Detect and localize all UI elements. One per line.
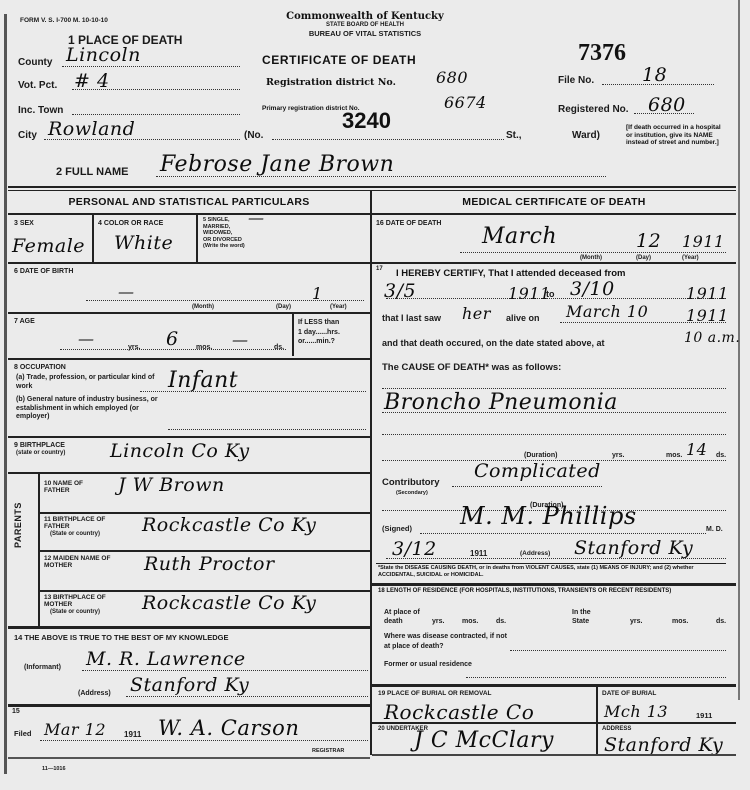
last-saw-date: March 10 xyxy=(566,302,648,321)
registered-no-value: 680 xyxy=(648,94,686,116)
contributory-sub: (Secondary) xyxy=(396,490,428,497)
alive-on-label: alive on xyxy=(506,313,540,323)
father-name-label: 10 NAME OF FATHER xyxy=(44,480,104,494)
death-day: 12 xyxy=(636,230,661,252)
burial-place-label: 19 PLACE OF BURIAL OR REMOVAL xyxy=(378,690,492,697)
vot-pct-value: # 4 xyxy=(74,70,110,92)
burial-year: 1911 xyxy=(696,712,712,719)
signed-year: 1911 xyxy=(470,550,487,557)
undertaker-address-label: ADDRESS xyxy=(602,726,631,733)
day-caption: (Day) xyxy=(276,304,291,311)
right-border xyxy=(738,0,740,700)
in-state-mos: mos. xyxy=(672,618,688,625)
ds-label: ds. xyxy=(274,344,284,351)
former-residence-label: Former or usual residence xyxy=(384,660,474,670)
column-divider xyxy=(370,190,372,755)
death-time: 10 a.m. xyxy=(684,330,740,346)
duration-label: (Duration) xyxy=(524,452,557,459)
to-label: to xyxy=(546,289,555,299)
age-label: 7 AGE xyxy=(14,318,35,325)
at-place-label: At place of death xyxy=(384,608,424,626)
bureau-title: BUREAU OF VITAL STATISTICS xyxy=(280,29,450,38)
residence-label: 18 LENGTH OF RESIDENCE (FOR HOSPITALS, I… xyxy=(378,588,728,595)
color-label: 4 COLOR OR RACE xyxy=(98,220,163,227)
filed-label: Filed xyxy=(14,730,32,737)
ward-label: Ward) xyxy=(572,130,600,141)
form-footer-code: 11—1016 xyxy=(42,766,66,773)
mother-name-label: 12 MAIDEN NAME OF MOTHER xyxy=(44,555,134,569)
father-birthplace-value: Rockcastle Co Ky xyxy=(142,514,316,536)
month-caption: (Month) xyxy=(192,304,214,311)
undertaker-address-value: Stanford Ky xyxy=(604,734,723,756)
registered-no-label: Registered No. xyxy=(558,104,629,115)
attended-to: 3/10 xyxy=(570,278,615,300)
signed-date: 3/12 xyxy=(392,538,437,560)
header-block: Commonwealth of Kentucky STATE BOARD OF … xyxy=(280,11,450,38)
where-contracted-label: Where was disease contracted, if not at … xyxy=(384,632,514,652)
primary-district-stamp: 3240 xyxy=(342,108,391,134)
mother-birthplace-sub: (State or country) xyxy=(50,609,100,616)
commonwealth-title: Commonwealth of Kentucky xyxy=(280,11,450,22)
in-state-ds: ds. xyxy=(716,618,726,625)
burial-place-value: Rockcastle Co xyxy=(384,700,534,724)
medical-section-title: MEDICAL CERTIFICATE OF DEATH xyxy=(372,196,736,208)
county-label: County xyxy=(18,57,52,68)
file-no-label: File No. xyxy=(558,75,594,86)
marital-label: 5 SINGLE, MARRIED, WIDOWED, OR DIVORCED … xyxy=(203,217,245,250)
birthplace-value: Lincoln Co Ky xyxy=(110,440,250,462)
occupation-b-label: (b) General nature of industry business,… xyxy=(16,396,170,422)
death-day-caption: (Day) xyxy=(636,255,651,262)
md-label: M. D. xyxy=(706,526,723,533)
city-value: Rowland xyxy=(48,118,135,140)
certificate-number: 7376 xyxy=(578,40,626,67)
sex-value: Female xyxy=(12,235,85,257)
full-name-label: 2 FULL NAME xyxy=(56,166,129,178)
contributory-label: Contributory xyxy=(382,477,440,488)
dob-label: 6 DATE OF BIRTH xyxy=(14,268,73,275)
mother-birthplace-value: Rockcastle Co Ky xyxy=(142,592,316,614)
mother-name-value: Ruth Proctor xyxy=(144,553,275,575)
at-place-yrs: yrs. xyxy=(432,618,444,625)
informant-value: M. R. Lawrence xyxy=(86,648,246,670)
death-year-caption: (Year) xyxy=(682,255,699,262)
full-name-value: Febrose Jane Brown xyxy=(160,152,394,177)
attended-to-year: 1911 xyxy=(686,284,729,303)
physician-signature: M. M. Phillips xyxy=(460,502,637,530)
death-certificate: FORM V. S. I-700 M. 10-10-10 Commonwealt… xyxy=(0,0,750,790)
marital-value: — xyxy=(248,208,265,227)
filed-year: 1911 xyxy=(124,731,141,738)
informant-address-value: Stanford Ky xyxy=(130,674,249,696)
hospital-note: [If death occurred in a hospital or inst… xyxy=(626,124,726,147)
last-saw-pronoun: her xyxy=(462,304,491,323)
burial-date-label: DATE OF BURIAL xyxy=(602,690,656,697)
dob-month: — xyxy=(118,282,135,301)
registrar-signature: W. A. Carson xyxy=(158,716,299,740)
father-birthplace-label: 11 BIRTHPLACE OF FATHER xyxy=(44,516,124,530)
left-border xyxy=(4,14,7,774)
burial-date-value: Mch 13 xyxy=(604,702,668,721)
physician-address-value: Stanford Ky xyxy=(574,537,693,559)
at-place-mos: mos. xyxy=(462,618,478,625)
occupation-label: 8 OCCUPATION xyxy=(14,364,66,371)
street-label: St., xyxy=(506,130,522,141)
last-saw-year: 1911 xyxy=(686,306,729,325)
date-of-death-label: 16 DATE OF DEATH xyxy=(376,220,441,227)
yrs-label: yrs. xyxy=(128,344,140,351)
registration-district-label: Registration district No. xyxy=(266,77,396,88)
file-no-value: 18 xyxy=(642,64,667,86)
signed-label: (Signed) xyxy=(382,525,412,532)
occupation-a-label: (a) Trade, profession, or particular kin… xyxy=(16,374,166,391)
age-years: — xyxy=(78,329,95,348)
color-value: White xyxy=(114,232,173,254)
informant-address-label: (Address) xyxy=(78,690,111,697)
physician-address-label: (Address) xyxy=(520,550,550,557)
cause-footnote: *State the DISEASE CAUSING DEATH, or in … xyxy=(378,565,728,579)
mos-label: mos. xyxy=(196,344,212,351)
filed-date: Mar 12 xyxy=(44,720,106,739)
filing-number: 15 xyxy=(12,708,20,715)
registration-district-value: 680 xyxy=(436,68,468,87)
less-than-day-note: If LESS than 1 day......hrs. or......min… xyxy=(298,318,340,347)
duration-days: 14 xyxy=(686,440,707,459)
duration-mos-label: mos. xyxy=(666,452,682,459)
age-days: — xyxy=(232,330,249,349)
in-state-label: In the State xyxy=(572,608,608,626)
father-name-value: J W Brown xyxy=(118,474,225,496)
undertaker-value: J C McClary xyxy=(414,728,554,753)
death-occurred-text: and that death occured, on the date stat… xyxy=(382,338,605,348)
certificate-title: CERTIFICATE OF DEATH xyxy=(262,53,416,67)
death-month: March xyxy=(482,224,557,249)
inc-town-label: Inc. Town xyxy=(18,105,63,116)
city-label: City xyxy=(18,130,37,141)
father-birthplace-sub: (State or country) xyxy=(50,531,100,538)
birthplace-label: 9 BIRTHPLACE xyxy=(14,442,65,449)
registrar-label: REGISTRAR xyxy=(312,748,344,755)
death-year: 1911 xyxy=(682,232,725,251)
year-caption: (Year) xyxy=(330,304,347,311)
at-place-ds: ds. xyxy=(496,618,506,625)
attended-from-year: 1911 xyxy=(508,284,551,303)
personal-section-title: PERSONAL AND STATISTICAL PARTICULARS xyxy=(8,196,370,208)
informant-label: (Informant) xyxy=(24,664,61,671)
in-state-yrs: yrs. xyxy=(630,618,642,625)
occupation-value: Infant xyxy=(168,368,238,393)
board-title: STATE BOARD OF HEALTH xyxy=(280,22,450,29)
mother-birthplace-label: 13 BIRTHPLACE OF MOTHER xyxy=(44,594,124,608)
contributory-value: Complicated xyxy=(474,460,601,482)
vot-pct-label: Vot. Pct. xyxy=(18,80,57,91)
sex-label: 3 SEX xyxy=(14,220,34,227)
informant-statement: 14 THE ABOVE IS TRUE TO THE BEST OF MY K… xyxy=(14,634,228,641)
birthplace-sub: (state or country) xyxy=(16,450,65,457)
attended-from: 3/5 xyxy=(384,280,416,302)
last-saw-prefix: that I last saw xyxy=(382,313,441,323)
duration-yrs-label: yrs. xyxy=(612,452,624,459)
parents-side-label: PARENTS xyxy=(14,502,23,548)
street-no-label: (No. xyxy=(244,130,263,141)
death-month-caption: (Month) xyxy=(580,255,602,262)
primary-district-value: 6674 xyxy=(444,93,487,112)
cause-label: The CAUSE OF DEATH* was as follows: xyxy=(382,362,561,373)
certify-number: 17 xyxy=(376,266,383,273)
dob-year: 1 xyxy=(312,284,323,303)
county-value: Lincoln xyxy=(66,44,141,66)
duration-ds-label: ds. xyxy=(716,452,726,459)
age-months: 6 xyxy=(166,328,179,350)
form-code: FORM V. S. I-700 M. 10-10-10 xyxy=(20,17,108,24)
